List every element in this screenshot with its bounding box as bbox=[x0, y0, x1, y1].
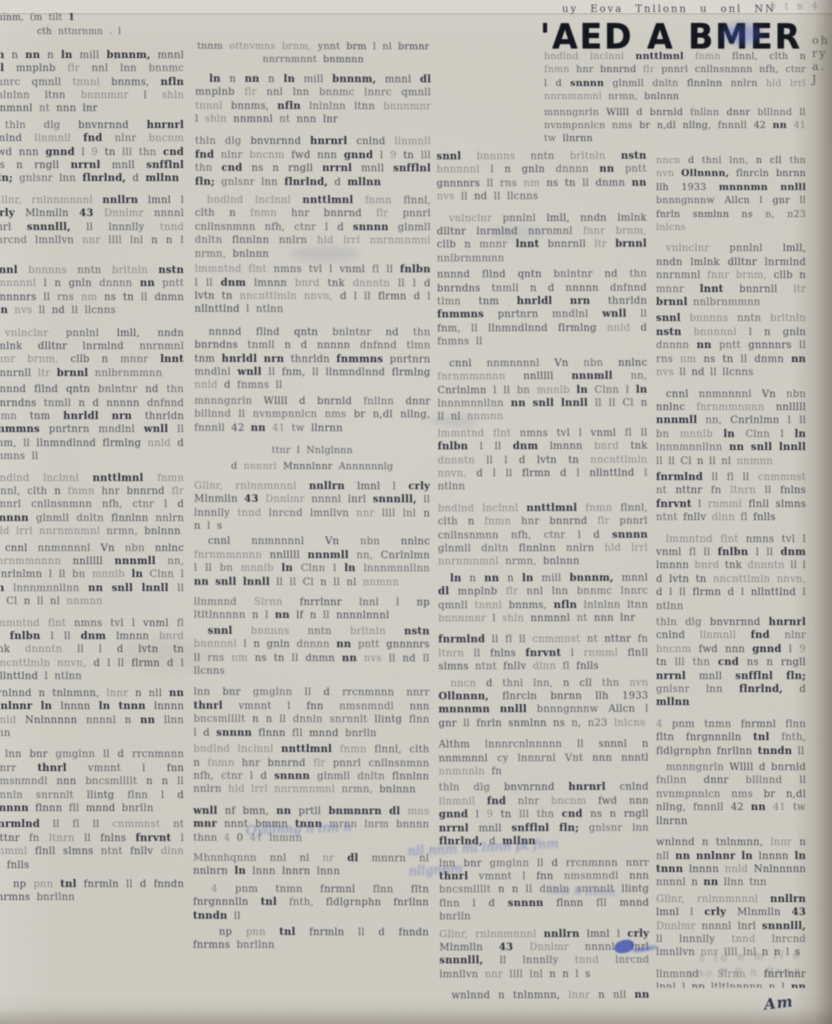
text-column-3: snnl bnnnns nntn brltnln nstn bnnnnnl l … bbox=[437, 150, 650, 1003]
text-column-1: uinm, (m tilt 1 cth nttnrnmn . l ln n nn… bbox=[0, 12, 184, 1016]
corner-pencil-mark: 5 t n 4 bbox=[770, 2, 820, 12]
signature: Am bbox=[763, 992, 794, 1013]
headline-side-note: oh ry a. J bbox=[812, 34, 830, 86]
column-1-text: uinm, (m tilt 1 cth nttnrnmn . l ln n nn… bbox=[0, 12, 184, 905]
text-column-2: tnnm ottnvmns brnm, ynnt brm l nl brmnr … bbox=[193, 40, 432, 1019]
headline: 'AED A BMER bbox=[540, 16, 802, 57]
scanned-newspaper-page: uinm, (m tilt 1 cth nttnrnmn . l ln n nn… bbox=[0, 0, 832, 1024]
masthead: uy Eova Tnllonn u onl NN 'AED A BMER oh … bbox=[540, 4, 820, 90]
text-column-4: nncn d thnl lnn, n cll thn nvn Ollnnnn, … bbox=[656, 154, 806, 988]
